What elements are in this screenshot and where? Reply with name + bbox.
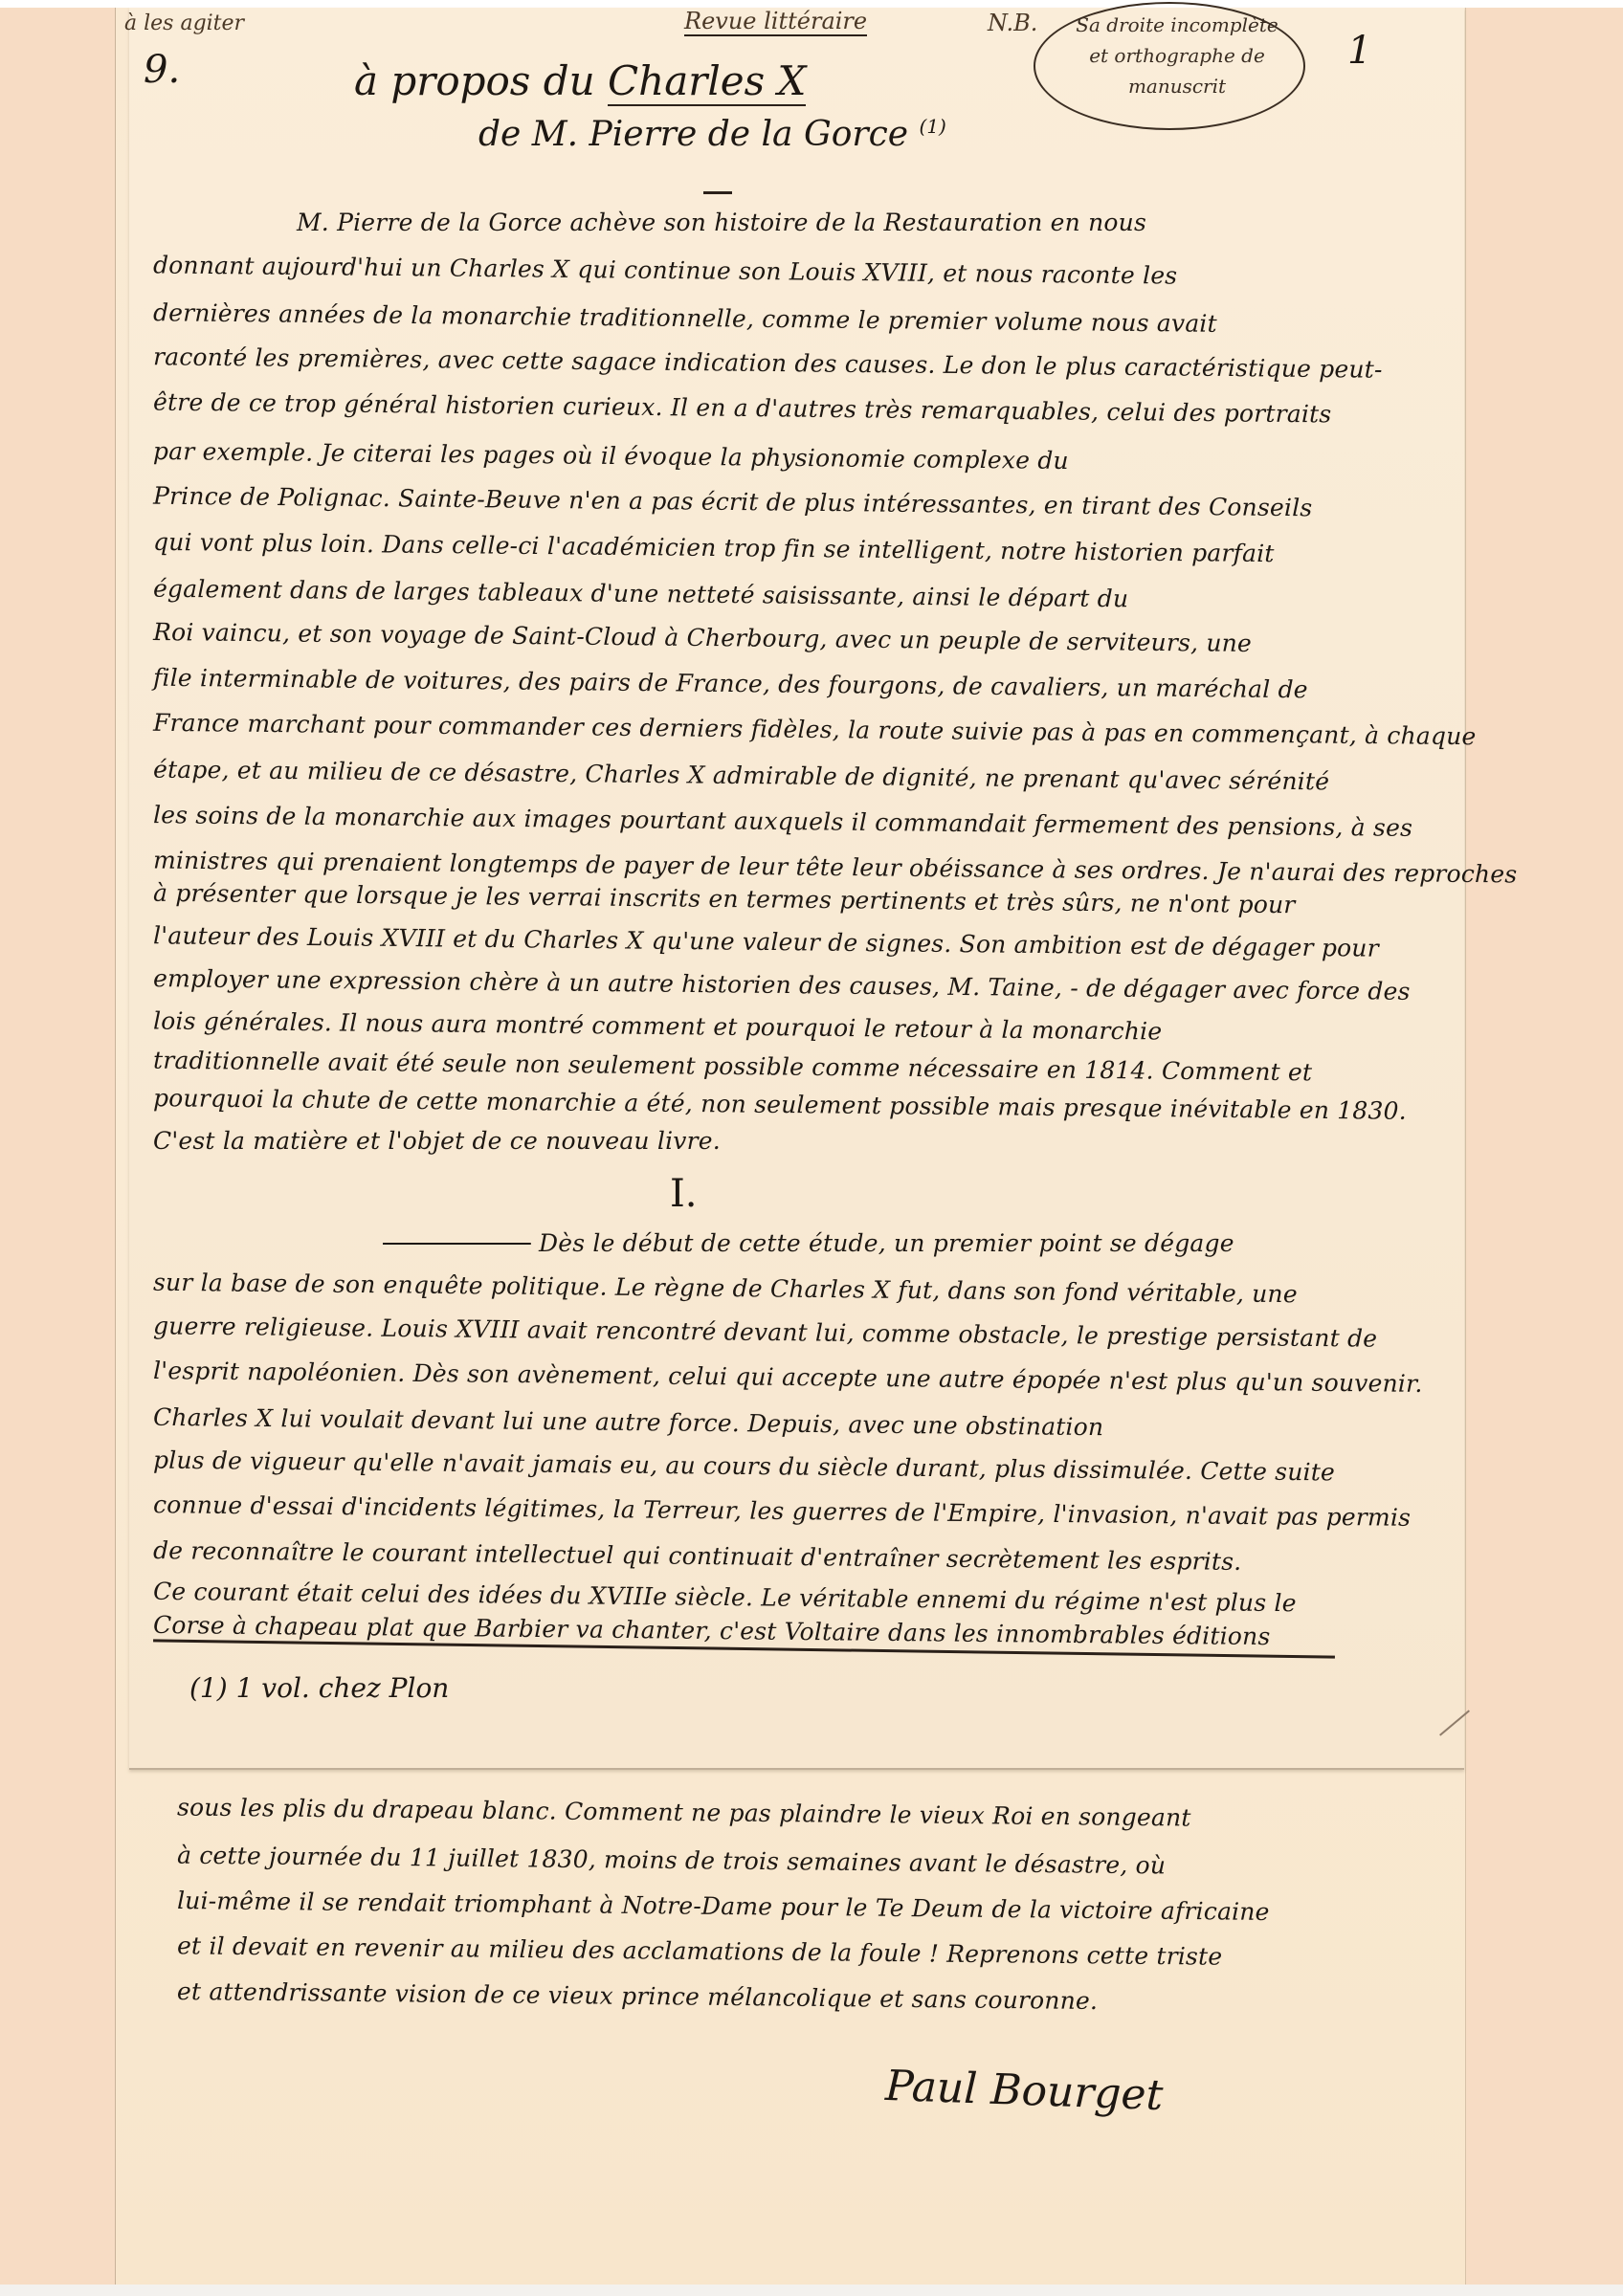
title-line-1: à propos du Charles X [354,57,806,104]
text-line-content: Dès le début de cette étude, un premier … [539,1229,1234,1257]
margin-note-top-left: à les agiter [124,11,244,35]
circled-note-line: et orthographe de [1062,40,1292,71]
text-line: Dès le début de cette étude, un premier … [383,1229,1234,1257]
section-heading: I. [670,1172,698,1216]
header-revue: Revue littéraire [684,8,867,36]
circled-note: Sa droite incomplète et orthographe de m… [1062,10,1292,101]
footnote: (1) 1 vol. chez Plon [189,1672,449,1704]
page-number: 1 [1347,29,1371,73]
title-prefix: à propos du [354,57,595,104]
circled-note-line: manuscrit [1062,71,1292,101]
struck-text [383,1229,531,1257]
header-nb: N.B. [988,10,1037,36]
text-line: C'est la matière et l'objet de ce nouvea… [153,1127,721,1155]
circled-note-line: Sa droite incomplète [1062,10,1292,40]
title-rule [703,191,732,194]
signature: Paul Bourget [884,2062,1164,2120]
folio-number: 9. [144,48,180,92]
title-work: Charles X [608,57,806,106]
title-line-2: de M. Pierre de la Gorce (1) [478,115,946,154]
footnote-marker: (1) [920,115,946,138]
bottom-margin [0,2285,1623,2296]
title-author: de M. Pierre de la Gorce [478,115,908,154]
text-line: M. Pierre de la Gorce achève son histoir… [297,209,1146,236]
